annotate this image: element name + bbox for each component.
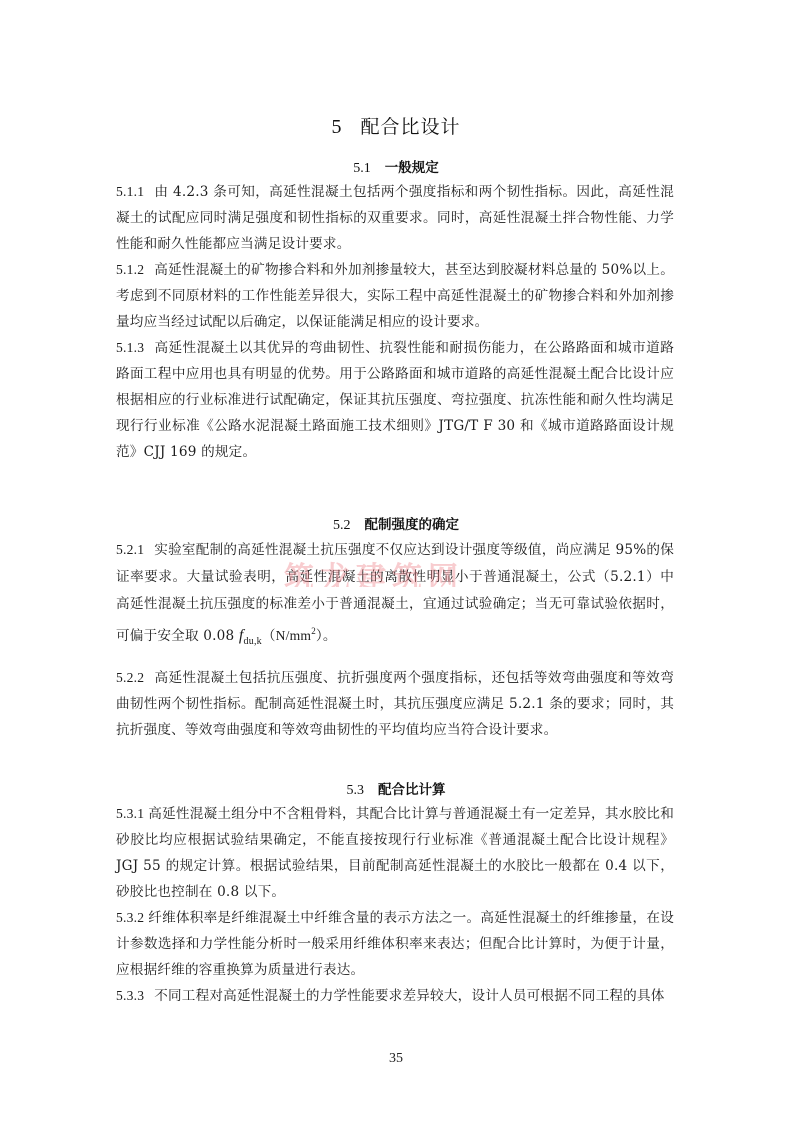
clause-number: 5.2.1 [116,542,144,557]
unit-close: ）。 [316,628,337,643]
clause-5-3-1: 5.3.1高延性混凝土组分中不含粗骨料，其配合比计算与普通混凝土有一定差异，其水… [116,801,674,905]
section-heading-5-2: 5.2配制强度的确定 [116,513,676,534]
formula-symbol: fdu,k [239,627,262,644]
clause-text: 高延性混凝土的矿物掺合料和外加剂掺量较大，甚至达到胶凝材料总量的 50%以上。考… [116,262,674,330]
clause-number: 5.1.2 [116,262,144,277]
chapter-number: 5 [331,116,342,138]
clause-number: 5.2.2 [116,670,144,685]
section-heading-5-3: 5.3配合比计算 [116,778,676,799]
clause-text: 高延性混凝土以其优异的弯曲韧性、抗裂性能和耐损伤能力，在公路路面和城市道路路面工… [116,340,674,460]
chapter-title-text: 配合比设计 [360,116,460,138]
section-heading-5-1: 5.1一般规定 [116,156,676,177]
clause-number: 5.3.3 [116,988,144,1003]
chapter-title: 5配合比设计 [116,112,676,139]
section-number: 5.1 [353,161,371,176]
section-title-text: 配制强度的确定 [365,517,460,533]
section-number: 5.3 [347,783,365,798]
section-title-text: 一般规定 [385,160,439,176]
clause-5-2-1: 5.2.1实验室配制的高延性混凝土抗压强度不仅应达到设计强度等级值，尚应满足 9… [116,536,674,655]
clause-text: 不同工程对高延性混凝土的力学性能要求差异较大，设计人员可根据不同工程的具体 [154,988,664,1004]
clause-number: 5.3.2 [116,910,144,925]
section-number: 5.2 [333,518,351,533]
clause-5-1-3: 5.1.3高延性混凝土以其优异的弯曲韧性、抗裂性能和耐损伤能力，在公路路面和城市… [116,335,674,465]
unit: （N/mm2）。 [262,628,337,643]
clause-number: 5.1.3 [116,340,144,355]
clause-number: 5.1.1 [116,184,144,199]
clause-text: 纤维体积率是纤维混凝土中纤维含量的表示方法之一。高延性混凝土的纤维掺量，在设计参… [116,910,674,978]
symbol-subscript: du,k [244,636,262,647]
clause-text: 实验室配制的高延性混凝土抗压强度不仅应达到设计强度等级值，尚应满足 95%的保证… [116,542,674,644]
clause-5-1-1: 5.1.1由 4.2.3 条可知，高延性混凝土包括两个强度指标和两个韧性指标。因… [116,179,674,257]
clause-5-3-2: 5.3.2纤维体积率是纤维混凝土中纤维含量的表示方法之一。高延性混凝土的纤维掺量… [116,905,674,983]
clause-text: 高延性混凝土包括抗压强度、抗折强度两个强度指标，还包括等效弯曲强度和等效弯曲韧性… [116,670,674,738]
clause-number: 5.3.1 [116,806,144,821]
clause-5-1-2: 5.1.2高延性混凝土的矿物掺合料和外加剂掺量较大，甚至达到胶凝材料总量的 50… [116,257,674,335]
clause-text: 由 4.2.3 条可知，高延性混凝土包括两个强度指标和两个韧性指标。因此，高延性… [116,184,674,252]
page-number: 35 [116,1051,676,1067]
section-title-text: 配合比计算 [378,782,446,798]
clause-5-2-2: 5.2.2高延性混凝土包括抗压强度、抗折强度两个强度指标，还包括等效弯曲强度和等… [116,665,674,743]
clause-5-3-3: 5.3.3不同工程对高延性混凝土的力学性能要求差异较大，设计人员可根据不同工程的… [116,983,674,1009]
unit-open: （N/mm [262,628,311,643]
clause-text: 高延性混凝土组分中不含粗骨料，其配合比计算与普通混凝土有一定差异，其水胶比和砂胶… [116,806,674,900]
